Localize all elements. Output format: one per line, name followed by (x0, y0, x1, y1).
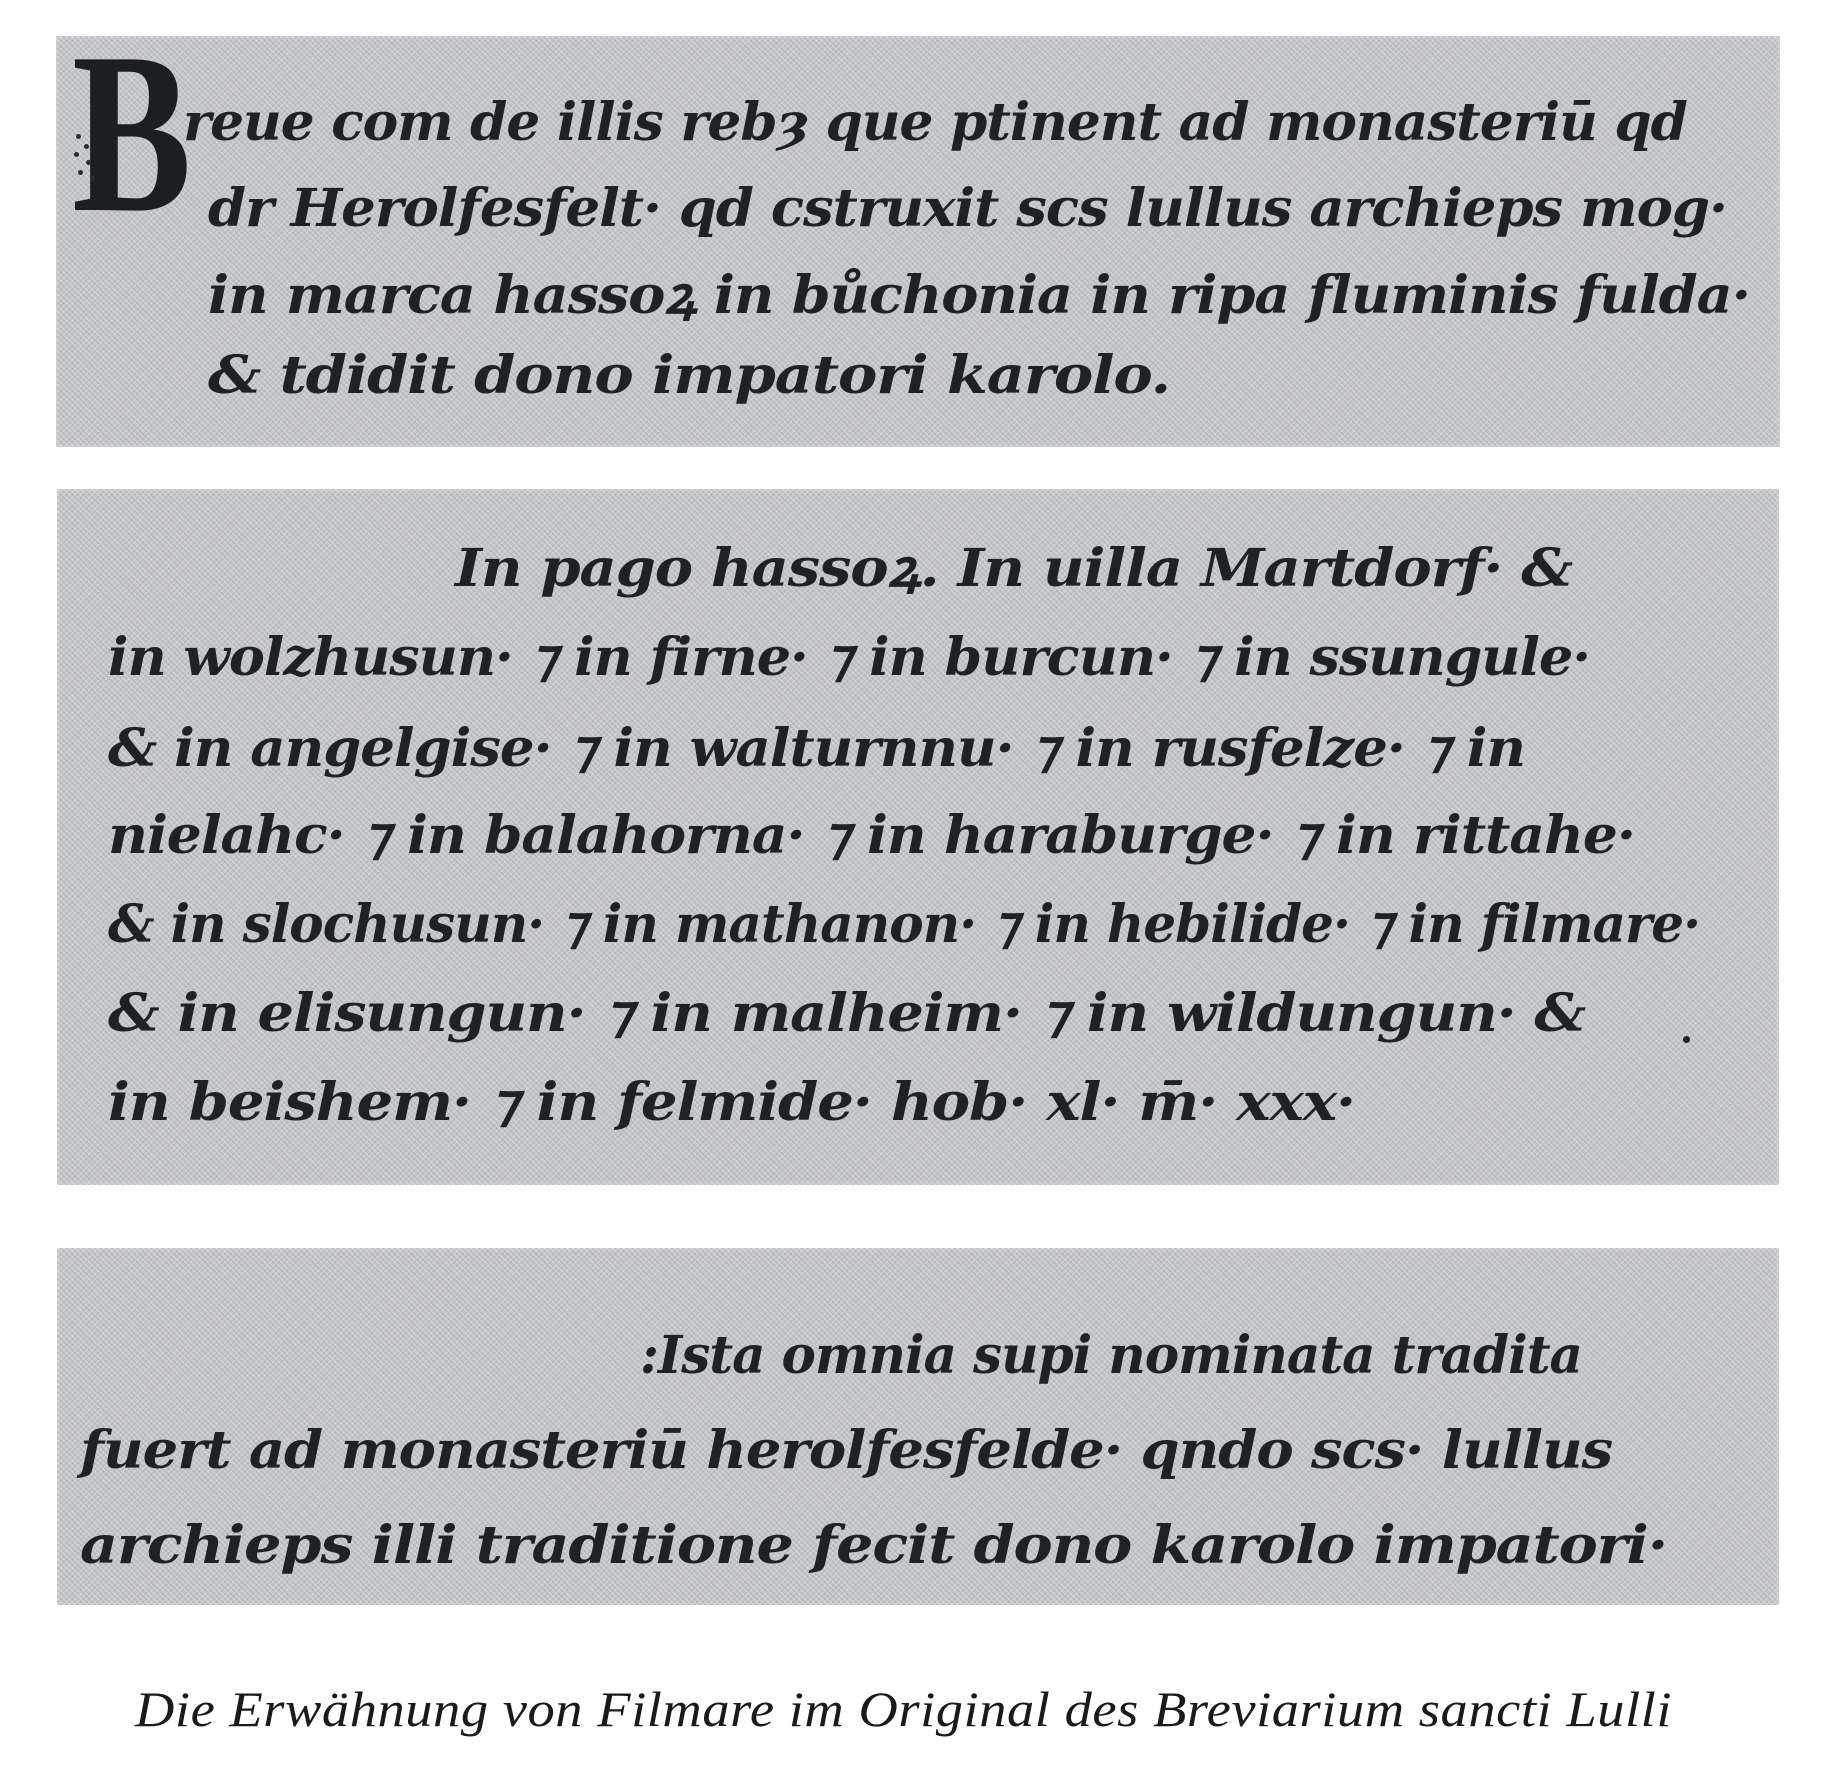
manuscript-line: & in angelgise· ⁊ in walturnnu· ⁊ in rus… (108, 723, 1525, 775)
figure-caption: Die Erwähnung von Filmare im Original de… (135, 1680, 1672, 1738)
manuscript-line: in marca hassoꝝ in bůchonia in ripa flum… (208, 270, 1750, 322)
manuscript-line: dr Herolfesfelt· qd cstruxit scs lullus … (208, 183, 1727, 235)
manuscript-line: & in slochusun· ⁊ in mathanon· ⁊ in hebi… (108, 899, 1700, 951)
manuscript-line: & in elisungun· ⁊ in malheim· ⁊ in wildu… (108, 988, 1585, 1040)
manuscript-line: in beishem· ⁊ in felmide· hob· xl· m̄· x… (108, 1077, 1355, 1129)
manuscript-line: in wolzhusun· ⁊ in firne· ⁊ in burcun· ⁊… (108, 632, 1590, 684)
manuscript-line: & tdidit dono impatori karolo. (208, 350, 1170, 402)
stray-dot (1683, 1036, 1690, 1043)
initial-ornament-dots (70, 130, 100, 190)
manuscript-line: :Ista omnia supi nominata tradita (640, 1330, 1582, 1382)
manuscript-line: fuert ad monasteriū herolfesfelde· qndo … (80, 1425, 1612, 1477)
manuscript-line: In pago hassoꝝ. In uilla Martdorf· & (455, 543, 1572, 595)
manuscript-line: reue com de illis rebȝ que ptinent ad mo… (183, 97, 1687, 149)
manuscript-line: nielahc· ⁊ in balahorna· ⁊ in haraburge·… (108, 810, 1635, 862)
manuscript-line: archieps illi traditione fecit dono karo… (80, 1520, 1667, 1572)
